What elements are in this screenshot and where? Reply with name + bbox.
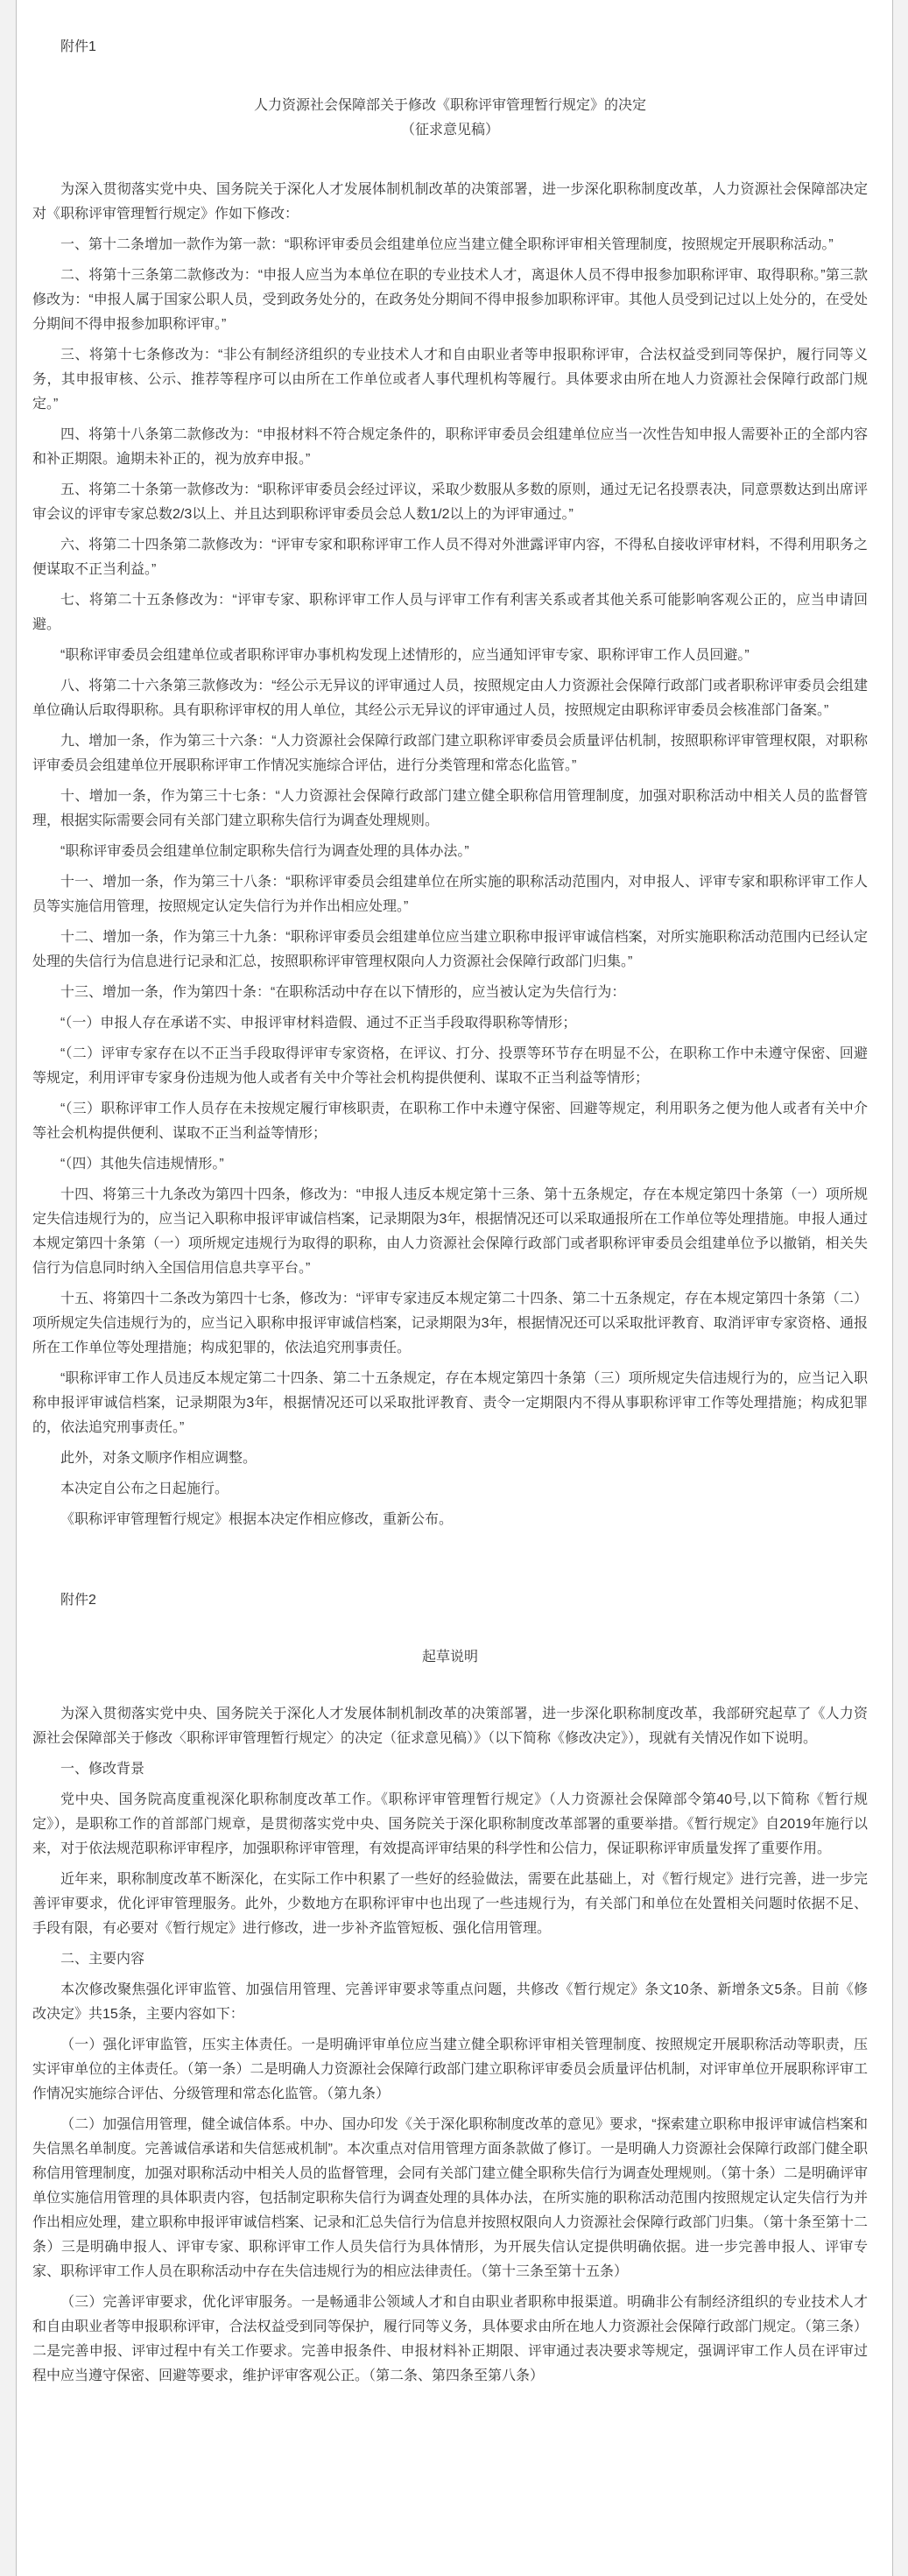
attachment-1-subtitle: （征求意见稿） bbox=[32, 118, 868, 143]
paragraph: 为深入贯彻落实党中央、国务院关于深化人才发展体制机制改革的决策部署，进一步深化职… bbox=[32, 1702, 868, 1751]
paragraph: “（一）申报人存在承诺不实、申报评审材料造假、通过不正当手段取得职称等情形； bbox=[32, 1011, 868, 1036]
paragraph: （三）完善评审要求，优化评审服务。一是畅通非公领域人才和自由职业者职称申报渠道。… bbox=[32, 2291, 868, 2389]
paragraph: （二）加强信用管理，健全诚信体系。中办、国办印发《关于深化职称制度改革的意见》要… bbox=[32, 2113, 868, 2284]
paragraph: 本次修改聚焦强化评审监管、加强信用管理、完善评审要求等重点问题，共修改《暂行规定… bbox=[32, 1978, 868, 2027]
paragraph: 十二、增加一条，作为第三十九条：“职称评审委员会组建单位应当建立职称申报评审诚信… bbox=[32, 926, 868, 975]
paragraph: 十三、增加一条，作为第四十条：“在职称活动中存在以下情形的，应当被认定为失信行为… bbox=[32, 981, 868, 1005]
paragraph: 九、增加一条，作为第三十六条：“人力资源社会保障行政部门建立职称评审委员会质量评… bbox=[32, 729, 868, 778]
paragraph: “职称评审工作人员违反本规定第二十四条、第二十五条规定，存在本规定第四十条第（三… bbox=[32, 1367, 868, 1440]
paragraph: 十、增加一条，作为第三十七条：“人力资源社会保障行政部门建立健全职称信用管理制度… bbox=[32, 785, 868, 834]
paragraph: 五、将第二十条第一款修改为：“职称评审委员会经过评议，采取少数服从多数的原则，通… bbox=[32, 478, 868, 527]
attachment-2-title: 起草说明 bbox=[32, 1645, 868, 1670]
paragraph: 二、主要内容 bbox=[32, 1947, 868, 1972]
paragraph: 十四、将第三十九条改为第四十四条，修改为：“申报人违反本规定第十三条、第十五条规… bbox=[32, 1183, 868, 1281]
paragraph: 《职称评审管理暂行规定》根据本决定作相应修改，重新公布。 bbox=[32, 1508, 868, 1532]
attachment-1-title: 人力资源社会保障部关于修改《职称评审管理暂行规定》的决定 bbox=[32, 94, 868, 118]
paragraph: 为深入贯彻落实党中央、国务院关于深化人才发展体制机制改革的决策部署，进一步深化职… bbox=[32, 178, 868, 227]
paragraph: 一、修改背景 bbox=[32, 1757, 868, 1782]
paragraph: “职称评审委员会组建单位或者职称评审办事机构发现上述情形的，应当通知评审专家、职… bbox=[32, 644, 868, 668]
paragraph: 六、将第二十四条第二款修改为：“评审专家和职称评审工作人员不得对外泄露评审内容，… bbox=[32, 533, 868, 582]
attachment-2-section: 附件2 起草说明 为深入贯彻落实党中央、国务院关于深化人才发展体制机制改革的决策… bbox=[32, 1588, 868, 2389]
paragraph: “（三）职称评审工作人员存在未按规定履行审核职责，在职称工作中未遵守保密、回避等… bbox=[32, 1097, 868, 1146]
paragraph: 十一、增加一条，作为第三十八条：“职称评审委员会组建单位在所实施的职称活动范围内… bbox=[32, 870, 868, 919]
paragraph: 十五、将第四十二条改为第四十七条，修改为：“评审专家违反本规定第二十四条、第二十… bbox=[32, 1287, 868, 1361]
attachment-1-label: 附件1 bbox=[32, 35, 868, 60]
paragraph: 七、将第二十五条修改为：“评审专家、职称评审工作人员与评审工作有利害关系或者其他… bbox=[32, 588, 868, 637]
paragraph: 本决定自公布之日起施行。 bbox=[32, 1477, 868, 1502]
paragraph: （一）强化评审监管，压实主体责任。一是明确评审单位应当建立健全职称评审相关管理制… bbox=[32, 2033, 868, 2107]
attachment-2-label: 附件2 bbox=[32, 1588, 868, 1613]
attachment-2-paragraphs: 为深入贯彻落实党中央、国务院关于深化人才发展体制机制改革的决策部署，进一步深化职… bbox=[32, 1702, 868, 2389]
paragraph: 四、将第十八条第二款修改为：“申报材料不符合规定条件的，职称评审委员会组建单位应… bbox=[32, 423, 868, 472]
paragraph: 近年来，职称制度改革不断深化，在实际工作中积累了一些好的经验做法，需要在此基础上… bbox=[32, 1868, 868, 1941]
paragraph: 一、第十二条增加一款作为第一款：“职称评审委员会组建单位应当建立健全职称评审相关… bbox=[32, 233, 868, 257]
attachment-1-paragraphs: 为深入贯彻落实党中央、国务院关于深化人才发展体制机制改革的决策部署，进一步深化职… bbox=[32, 178, 868, 1532]
paragraph: 党中央、国务院高度重视深化职称制度改革工作。《职称评审管理暂行规定》（人力资源社… bbox=[32, 1788, 868, 1862]
paragraph: 八、将第二十六条第三款修改为：“经公示无异议的评审通过人员，按照规定由人力资源社… bbox=[32, 674, 868, 723]
document-page: 附件1 人力资源社会保障部关于修改《职称评审管理暂行规定》的决定 （征求意见稿）… bbox=[16, 0, 893, 2576]
paragraph: “（二）评审专家存在以不正当手段取得评审专家资格，在评议、打分、投票等环节存在明… bbox=[32, 1042, 868, 1091]
paragraph: 此外，对条文顺序作相应调整。 bbox=[32, 1446, 868, 1471]
paragraph: “（四）其他失信违规情形。” bbox=[32, 1152, 868, 1177]
paragraph: 三、将第十七条修改为：“非公有制经济组织的专业技术人才和自由职业者等申报职称评审… bbox=[32, 343, 868, 417]
attachment-1-section: 附件1 人力资源社会保障部关于修改《职称评审管理暂行规定》的决定 （征求意见稿）… bbox=[32, 35, 868, 1532]
paragraph: “职称评审委员会组建单位制定职称失信行为调查处理的具体办法。” bbox=[32, 840, 868, 864]
paragraph: 二、将第十三条第二款修改为：“申报人应当为本单位在职的专业技术人才，离退休人员不… bbox=[32, 264, 868, 337]
